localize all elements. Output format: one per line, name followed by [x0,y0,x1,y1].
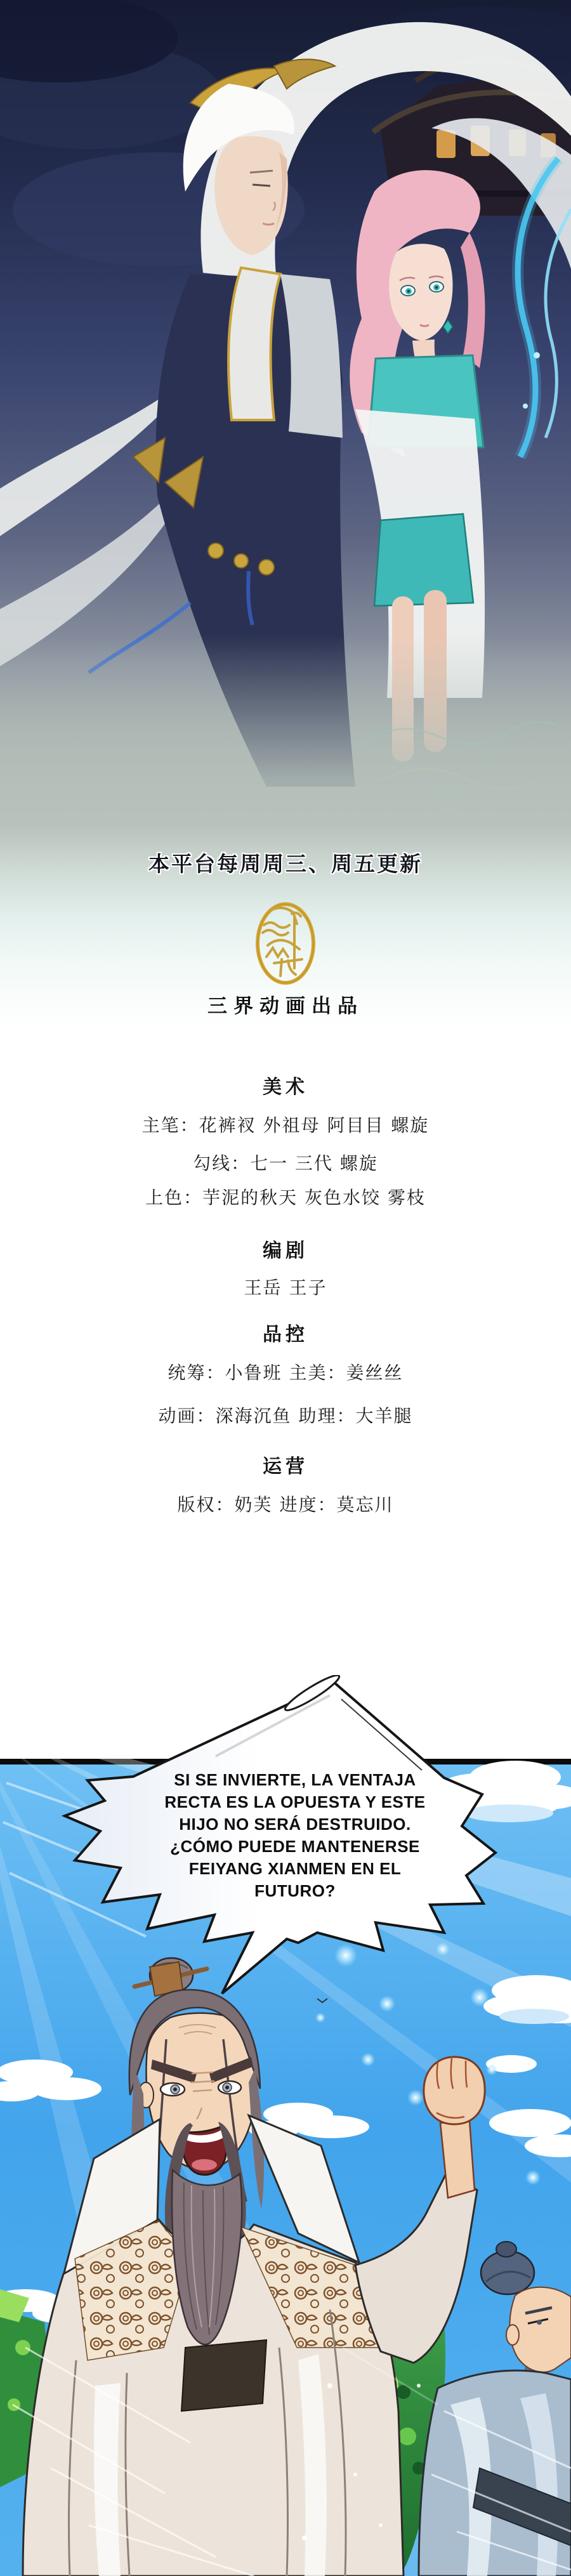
speech-bubble-line: FUTURO? [136,1880,454,1902]
belt [181,2340,266,2411]
speech-bubble-line: SI SE INVIERTE, LA VENTAJA [136,1769,454,1791]
teal-skirt [374,514,473,606]
credits-header-operations: 运营 [0,1450,571,1478]
fist [424,2057,485,2124]
update-schedule-notice: 本平台每周周三、周五更新 [0,848,571,877]
credits-row: 统筹：小鲁班 主美：姜丝丝 [0,1359,571,1384]
second-character-face [509,2287,571,2372]
credits-row: 王岳 王子 [0,1274,571,1299]
credits-header-qc: 品控 [0,1318,571,1346]
webtoon-page: 本平台每周周三、周五更新 三界动画出品 美术 主笔：花裤衩 外祖母 阿目目 螺旋… [0,0,571,2576]
speech-bubble-line: FEIYANG XIANMEN EN EL [136,1858,454,1880]
speech-bubble-line: RECTA ES LA OPUESTA Y ESTE [136,1791,454,1813]
credits-row: 动画：深海沉鱼 助理：大羊腿 [0,1402,571,1428]
cover-art [0,0,571,825]
credits-row: 勾线：七一 三代 螺旋 [0,1150,571,1175]
credits-header-script: 编剧 [0,1235,571,1263]
speech-bubble-line: HIJO NO SERÁ DESTRUIDO. [136,1813,454,1836]
seal-glyph [263,908,302,976]
credits-row: 上色：芋泥的秋天 灰色水饺 雾枝 [0,1184,571,1209]
mist-fade [0,634,571,825]
credits-row: 版权：奶芙 进度：莫忘川 [0,1491,571,1516]
studio-production-label: 三界动画出品 [0,990,571,1018]
credits-row: 主笔：花裤衩 外祖母 阿目目 螺旋 [0,1112,571,1137]
speech-bubble-text: SI SE INVIERTE, LA VENTAJA RECTA ES LA O… [136,1769,454,1902]
studio-seal-logo [253,900,318,987]
speech-bubble-line: ¿CÓMO PUEDE MANTENERSE [136,1836,454,1858]
credits-header-art: 美术 [0,1071,571,1099]
